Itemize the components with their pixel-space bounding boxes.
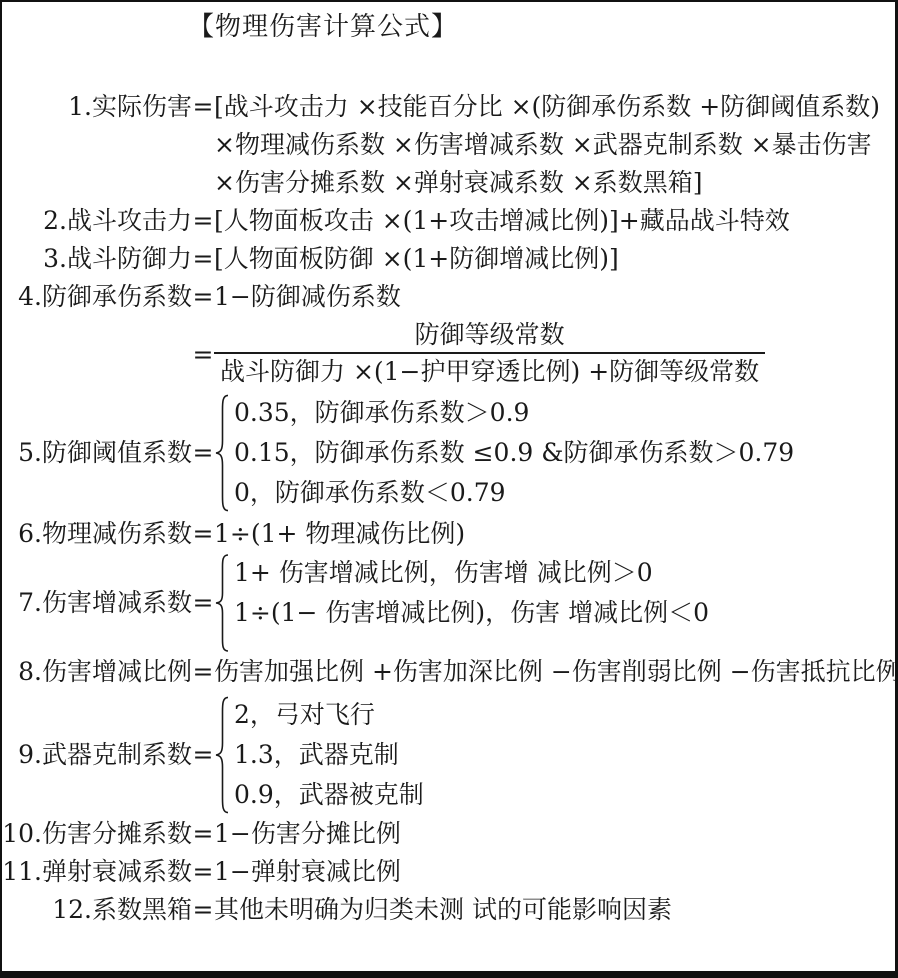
formula-label: 1.实际伤害: [2, 88, 192, 126]
formula-label: 11.弹射衰减系数: [2, 853, 192, 891]
left-brace-icon: [214, 393, 230, 513]
formula-label: 8.伤害增减比例: [2, 653, 192, 691]
formula-row-11: 11.弹射衰减系数 = 1−弹射衰减比例: [2, 853, 895, 891]
formula-label: 6.物理减伤系数: [2, 515, 192, 553]
formula-row-12: 12.系数黑箱 = 其他未明确为归类未测 试的可能影响因素: [2, 891, 895, 929]
equals-sign: =: [192, 853, 214, 891]
formula-label: 9.武器克制系数: [2, 736, 192, 774]
formula-line: ×伤害分摊系数 ×弹射衰减系数 ×系数黑箱]: [214, 164, 880, 202]
equals-sign: =: [192, 434, 214, 472]
left-brace-icon: [214, 695, 230, 815]
case-line: 2，弓对飞行: [234, 695, 424, 735]
formula-label: 5.防御阈值系数: [2, 434, 192, 472]
formula-body: 1−弹射衰减比例: [214, 853, 401, 891]
equals-sign: =: [192, 584, 214, 622]
formula-label: 12.系数黑箱: [2, 891, 192, 929]
equals-sign: =: [192, 336, 214, 374]
case-line: 0.9，武器被克制: [234, 775, 424, 815]
formula-row-1: 1.实际伤害 = [战斗攻击力 ×技能百分比 ×(防御承伤系数 +防御阈值系数)…: [2, 88, 895, 202]
page-title: 【物理伤害计算公式】: [188, 10, 895, 44]
formula-row-5: 5.防御阈值系数 = 0.35，防御承伤系数＞0.9 0.15，防御承伤系数 ≤…: [2, 393, 895, 513]
formula-label: 4.防御承伤系数: [2, 278, 192, 316]
case-column: 0.35，防御承伤系数＞0.9 0.15，防御承伤系数 ≤0.9 &防御承伤系数…: [230, 393, 794, 513]
case-line: 0.35，防御承伤系数＞0.9: [234, 393, 794, 433]
fraction: 防御等级常数 战斗防御力 ×(1−护甲穿透比例) +防御等级常数: [214, 320, 765, 389]
case-line: 1+ 伤害增减比例，伤害增 减比例＞0: [234, 553, 709, 593]
formula-row-3: 3.战斗防御力 = [人物面板防御 ×(1+防御增减比例)]: [2, 240, 895, 278]
case-line: 1.3，武器克制: [234, 735, 424, 775]
formula-body: [战斗攻击力 ×技能百分比 ×(防御承伤系数 +防御阈值系数) ×物理减伤系数 …: [214, 88, 880, 202]
case-line: 0，防御承伤系数＜0.79: [234, 473, 794, 513]
cases-block: 0.35，防御承伤系数＞0.9 0.15，防御承伤系数 ≤0.9 &防御承伤系数…: [214, 393, 794, 513]
equals-sign: =: [192, 240, 214, 278]
formula-row-10: 10.伤害分摊系数 = 1−伤害分摊比例: [2, 815, 895, 853]
formula-row-6: 6.物理减伤系数 = 1÷(1+ 物理减伤比例): [2, 515, 895, 553]
equals-sign: =: [192, 815, 214, 853]
equals-sign: =: [192, 891, 214, 929]
formula-row-9: 9.武器克制系数 = 2，弓对飞行 1.3，武器克制 0.9，武器被克制: [2, 695, 895, 815]
formula-row-8: 8.伤害增减比例 = 伤害加强比例 +伤害加深比例 −伤害削弱比例 −伤害抵抗比…: [2, 653, 895, 691]
equals-sign: =: [192, 736, 214, 774]
formula-body: [人物面板防御 ×(1+防御增减比例)]: [214, 240, 619, 278]
formula-body: 1−伤害分摊比例: [214, 815, 401, 853]
formula-list: 1.实际伤害 = [战斗攻击力 ×技能百分比 ×(防御承伤系数 +防御阈值系数)…: [2, 88, 895, 929]
formula-body: 其他未明确为归类未测 试的可能影响因素: [214, 891, 672, 929]
formula-label: 2.战斗攻击力: [2, 202, 192, 240]
formula-body: 1÷(1+ 物理减伤比例): [214, 515, 465, 553]
case-line: 1÷(1− 伤害增减比例)，伤害 增减比例＜0: [234, 593, 709, 633]
formula-line: ×物理减伤系数 ×伤害增减系数 ×武器克制系数 ×暴击伤害: [214, 126, 880, 164]
formula-row-2: 2.战斗攻击力 = [人物面板攻击 ×(1+攻击增减比例)]+藏品战斗特效: [2, 202, 895, 240]
formula-label: 10.伤害分摊系数: [2, 815, 192, 853]
cases-block: 2，弓对飞行 1.3，武器克制 0.9，武器被克制: [214, 695, 424, 815]
case-column: 2，弓对飞行 1.3，武器克制 0.9，武器被克制: [230, 695, 424, 815]
left-brace-icon: [214, 553, 230, 653]
equals-sign: =: [192, 515, 214, 553]
fraction-numerator: 防御等级常数: [214, 320, 765, 352]
formula-label: 7.伤害增减系数: [2, 584, 192, 622]
equals-sign: =: [192, 88, 214, 126]
case-column: 1+ 伤害增减比例，伤害增 减比例＞0 1÷(1− 伤害增减比例)，伤害 增减比…: [230, 553, 709, 653]
formula-row-4: 4.防御承伤系数 = 1−防御减伤系数: [2, 278, 895, 316]
formula-body: [人物面板攻击 ×(1+攻击增减比例)]+藏品战斗特效: [214, 202, 790, 240]
formula-row-7: 7.伤害增减系数 = 1+ 伤害增减比例，伤害增 减比例＞0 1÷(1− 伤害增…: [2, 553, 895, 653]
fraction-denominator: 战斗防御力 ×(1−护甲穿透比例) +防御等级常数: [214, 352, 765, 389]
case-line: 0.15，防御承伤系数 ≤0.9 &防御承伤系数＞0.79: [234, 433, 794, 473]
formula-body: 1−防御减伤系数: [214, 278, 401, 316]
formula-label: 3.战斗防御力: [2, 240, 192, 278]
cases-block: 1+ 伤害增减比例，伤害增 减比例＞0 1÷(1− 伤害增减比例)，伤害 增减比…: [214, 553, 709, 653]
equals-sign: =: [192, 202, 214, 240]
formula-row-4-fraction: = 防御等级常数 战斗防御力 ×(1−护甲穿透比例) +防御等级常数: [2, 320, 895, 389]
equals-sign: =: [192, 653, 214, 691]
equals-sign: =: [192, 278, 214, 316]
formula-line: [战斗攻击力 ×技能百分比 ×(防御承伤系数 +防御阈值系数): [214, 88, 880, 126]
document-frame: 【物理伤害计算公式】 1.实际伤害 = [战斗攻击力 ×技能百分比 ×(防御承伤…: [0, 0, 898, 978]
formula-body: 伤害加强比例 +伤害加深比例 −伤害削弱比例 −伤害抵抗比例: [214, 653, 898, 691]
